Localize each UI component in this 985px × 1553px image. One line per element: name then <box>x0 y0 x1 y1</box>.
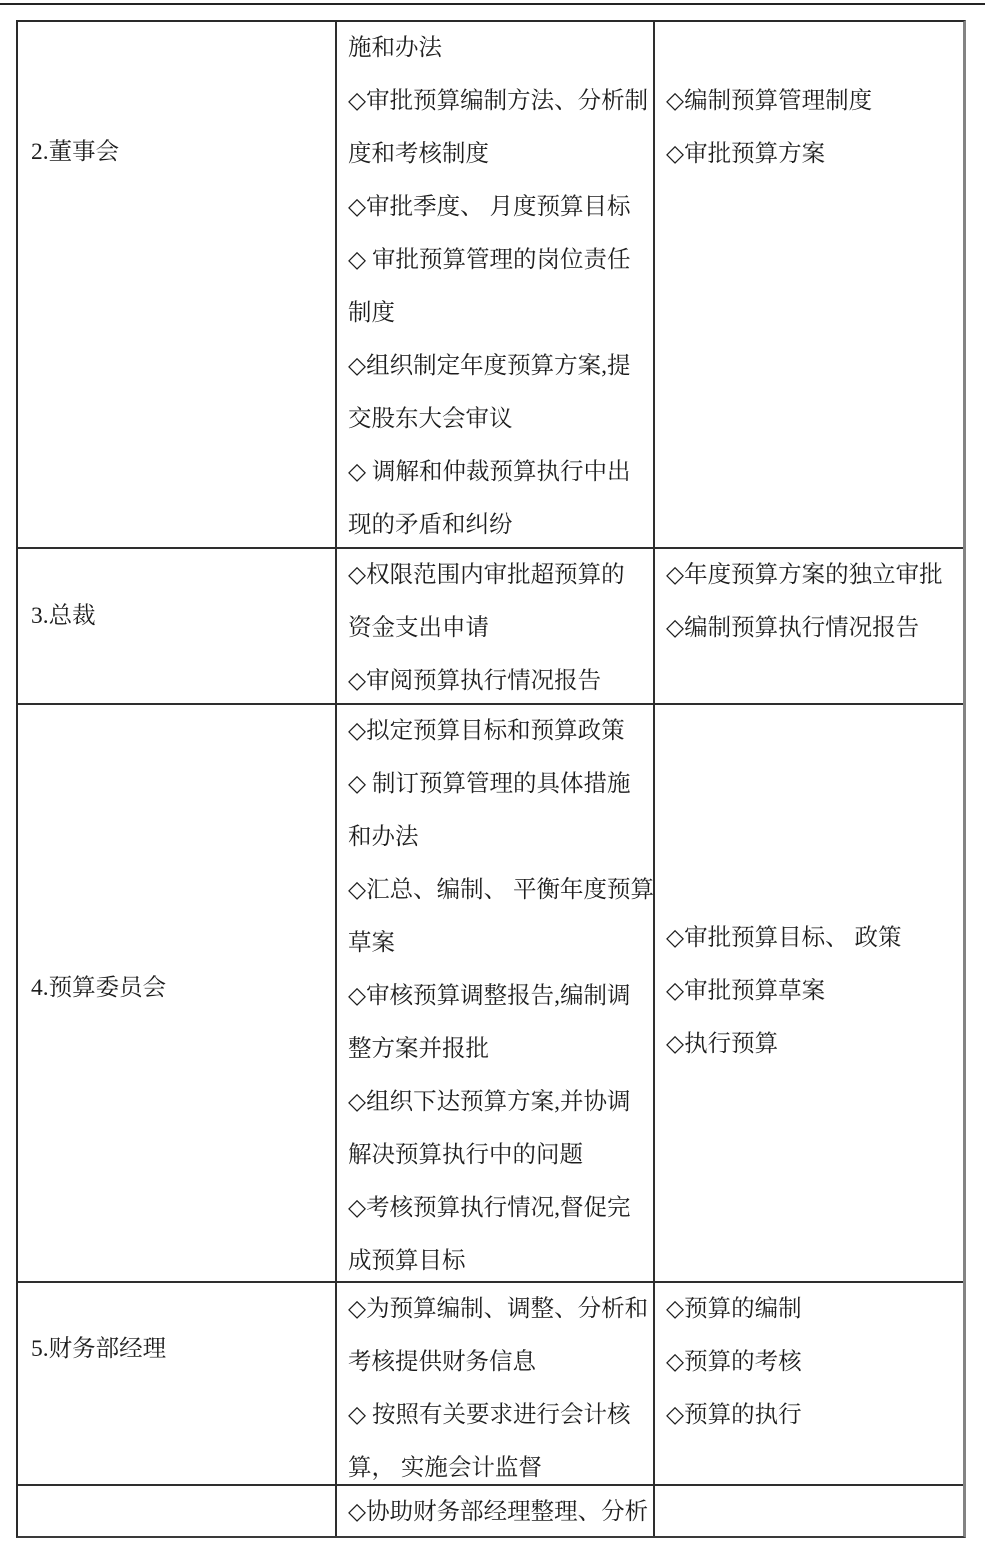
role-cell: 3.总裁 <box>18 549 337 703</box>
cell-text-line: 整方案并报批 <box>348 1023 649 1076</box>
table-row: 4.预算委员会 ◇拟定预算目标和预算政策◇ 制订预算管理的具体措施和办法◇汇总、… <box>18 705 963 1283</box>
cell-text-line: ◇审批预算编制方法、分析制 <box>348 75 649 128</box>
rights-cell: ◇年度预算方案的独立审批◇编制预算执行情况报告 <box>655 549 963 703</box>
cell-text-line: ◇审批季度、 月度预算目标 <box>348 181 649 234</box>
role-cell: 5.财务部经理 <box>18 1283 337 1484</box>
cell-text-line: ◇ 制订预算管理的具体措施 <box>348 758 649 811</box>
cell-text-line: 考核提供财务信息 <box>348 1336 649 1389</box>
role-cell: 4.预算委员会 <box>18 705 337 1281</box>
cell-text-line: 成预算目标 <box>348 1235 649 1281</box>
duties-cell: ◇拟定预算目标和预算政策◇ 制订预算管理的具体措施和办法◇汇总、编制、 平衡年度… <box>337 705 655 1281</box>
table-row: 2.董事会 施和办法◇审批预算编制方法、分析制度和考核制度◇审批季度、 月度预算… <box>18 22 963 549</box>
cell-text-line: ◇审批预算方案 <box>666 128 959 181</box>
cell-text-line: ◇预算的执行 <box>666 1389 959 1442</box>
cell-text-line: ◇拟定预算目标和预算政策 <box>348 705 649 758</box>
rights-cell: ◇审批预算目标、 政策◇审批预算草案◇执行预算 <box>655 705 963 1281</box>
cell-text-line: 施和办法 <box>348 22 649 75</box>
cell-text-line: 和办法 <box>348 811 649 864</box>
cell-text-line: 算， 实施会计监督 <box>348 1442 649 1484</box>
cell-text-line: ◇为预算编制、调整、分析和 <box>348 1283 649 1336</box>
cell-text-line: ◇审批预算目标、 政策 <box>666 912 959 965</box>
table-row: 5.财务部经理 ◇为预算编制、调整、分析和考核提供财务信息◇ 按照有关要求进行会… <box>18 1283 963 1486</box>
rights-cell: ◇预算的编制◇预算的考核◇预算的执行 <box>655 1283 963 1484</box>
cell-text-line: 草案 <box>348 917 649 970</box>
cell-text-line: ◇组织下达预算方案,并协调 <box>348 1076 649 1129</box>
cell-text-line: 解决预算执行中的问题 <box>348 1129 649 1182</box>
cell-text-line: 制度 <box>348 287 649 340</box>
role-cell <box>18 1486 337 1536</box>
cell-text-line: ◇预算的编制 <box>666 1283 959 1336</box>
cell-text-line: 资金支出申请 <box>348 602 649 655</box>
cell-text-line: ◇汇总、编制、 平衡年度预算 <box>348 864 649 917</box>
duties-cell: ◇权限范围内审批超预算的资金支出申请◇审阅预算执行情况报告 <box>337 549 655 703</box>
cell-text-line: ◇预算的考核 <box>666 1336 959 1389</box>
cell-text-line: ◇考核预算执行情况,督促完 <box>348 1182 649 1235</box>
cell-text-line: ◇编制预算执行情况报告 <box>666 602 959 655</box>
cell-text-line: ◇组织制定年度预算方案,提 <box>348 340 649 393</box>
table-row: ◇协助财务部经理整理、分析 <box>18 1486 963 1536</box>
cell-text-line: ◇协助财务部经理整理、分析 <box>348 1486 649 1536</box>
cell-text-line: 度和考核制度 <box>348 128 649 181</box>
cell-text-line: ◇审核预算调整报告,编制调 <box>348 970 649 1023</box>
cell-text-line: 交股东大会审议 <box>348 393 649 446</box>
page-top-rule <box>0 3 985 5</box>
duties-cell: ◇为预算编制、调整、分析和考核提供财务信息◇ 按照有关要求进行会计核算， 实施会… <box>337 1283 655 1484</box>
cell-text-line: ◇审阅预算执行情况报告 <box>348 655 649 703</box>
cell-text-line: ◇执行预算 <box>666 1018 959 1071</box>
cell-text-line: 现的矛盾和纠纷 <box>348 499 649 547</box>
table-row: 3.总裁 ◇权限范围内审批超预算的资金支出申请◇审阅预算执行情况报告 ◇年度预算… <box>18 549 963 705</box>
cell-text-line: ◇权限范围内审批超预算的 <box>348 549 649 602</box>
rights-cell <box>655 1486 963 1536</box>
duties-cell: 施和办法◇审批预算编制方法、分析制度和考核制度◇审批季度、 月度预算目标◇ 审批… <box>337 22 655 547</box>
cell-text-line: ◇ 按照有关要求进行会计核 <box>348 1389 649 1442</box>
duties-cell: ◇协助财务部经理整理、分析 <box>337 1486 655 1536</box>
budget-responsibility-table: 2.董事会 施和办法◇审批预算编制方法、分析制度和考核制度◇审批季度、 月度预算… <box>16 20 966 1538</box>
cell-text-line: ◇ 调解和仲裁预算执行中出 <box>348 446 649 499</box>
cell-text-line: ◇审批预算草案 <box>666 965 959 1018</box>
cell-text-line: ◇年度预算方案的独立审批 <box>666 549 959 602</box>
role-cell: 2.董事会 <box>18 22 337 547</box>
cell-text-line: ◇ 审批预算管理的岗位责任 <box>348 234 649 287</box>
rights-cell: ◇编制预算管理制度◇审批预算方案 <box>655 22 963 547</box>
cell-text-line: ◇编制预算管理制度 <box>666 75 959 128</box>
